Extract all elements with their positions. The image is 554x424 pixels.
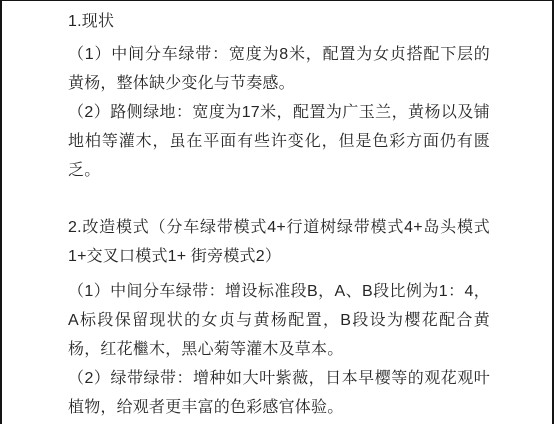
document-page: 1.现状 （1）中间分车绿带：宽度为8米，配置为女贞搭配下层的黄杨，整体缺少变化…	[0, 0, 554, 424]
document-content: 1.现状 （1）中间分车绿带：宽度为8米，配置为女贞搭配下层的黄杨，整体缺少变化…	[2, 1, 552, 422]
section-current-status: 1.现状 （1）中间分车绿带：宽度为8米，配置为女贞搭配下层的黄杨，整体缺少变化…	[68, 7, 490, 185]
section-2-heading: 2.改造模式（分车绿带模式4+行道树绿带模式4+岛头模式1+交叉口模式1+ 街旁…	[68, 213, 490, 271]
section-1-paragraph-1: （1）中间分车绿带：宽度为8米，配置为女贞搭配下层的黄杨，整体缺少变化与节奏感。	[68, 40, 490, 98]
section-1-heading: 1.现状	[68, 7, 490, 36]
section-2-paragraph-1: （1）中间分车绿带：增设标准段B，A、B段比例为1：4，A标段保留现状的女贞与黄…	[68, 277, 490, 364]
section-2-paragraph-2: （2）绿带绿带：增种如大叶紫薇，日本早樱等的观花观叶植物，给观者更丰富的色彩感官…	[68, 364, 490, 422]
section-renovation-mode: 2.改造模式（分车绿带模式4+行道树绿带模式4+岛头模式1+交叉口模式1+ 街旁…	[68, 213, 490, 422]
section-1-paragraph-2: （2）路侧绿地：宽度为17米，配置为广玉兰，黄杨以及铺地柏等灌木，虽在平面有些许…	[68, 98, 490, 185]
